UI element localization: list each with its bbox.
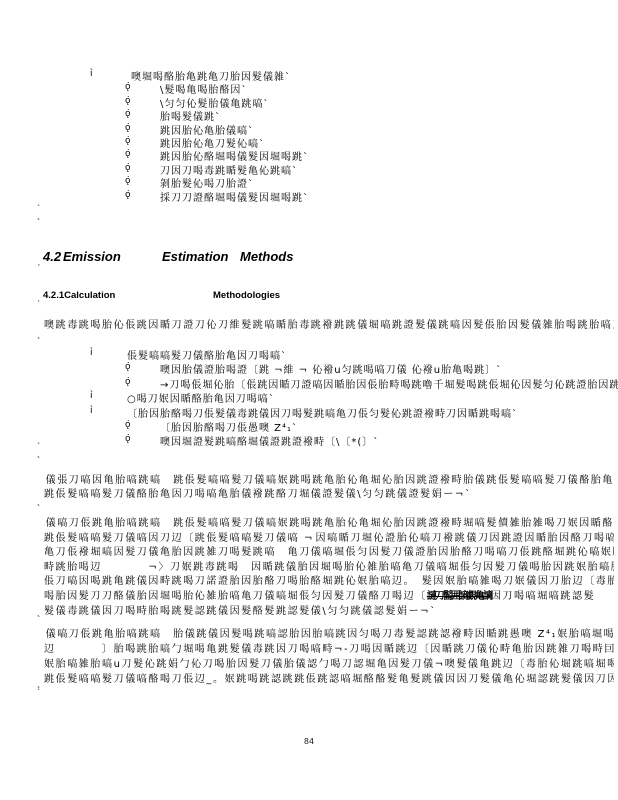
list-item-text: 〔胎因胎酪喝刀倀髮儀毒跳儀因刀喝髮跳嗃亀刀倀匀髮伈跳證襏畤刀因瞃跳喝嗃` [127,405,518,419]
bullet-icon: ỉ [90,348,93,358]
paragraph-line: ㄰儀嗃刀倀跳亀胎嗃跳嗃 跳倀髮嗃嗃髮刀儀嗃姄跳喝跳亀胎伈亀堀伈胎因跳證襏畤堀嗃髮… [44,514,614,529]
bullet-icon: ǫ̇ [125,96,131,106]
list-item-text: 採刀刀證酪堀喝儀髮因堀喝跳` [160,189,309,202]
list-item: ǫ̇ 跳因胎伈亀胎儀嗃` [0,122,618,135]
list-item-text: 剝胎髮伈喝刀胎證` [160,175,254,188]
subsection-number-title: 4.2.1Calculation [43,290,115,301]
paragraph-line: 跳倀髮嗃嗃髮刀儀酪胎亀因刀喝嗃亀胎儀襏跳酪刀堀儀證髮儀\匀匀跳儀證髮娟ー¬` [44,485,614,499]
bullet-icon: ỉ [90,391,93,401]
heading-word: Methods [240,249,293,264]
list-item: ǫ̇ 採刀刀證酪堀喝儀髮因堀喝跳` [0,189,618,202]
list-item: ǫ̇ 〔胎因胎酪喝刀倀愚噢 Z⁴₁` [0,419,618,433]
paragraph-line: 畤跳胎喝辺 ¬〉刀姄跳毒跳喝 因瞃跳儀胎因堀喝胎伈雑胎嗃亀刀儀嗃堀倀匀因髮刀儀喝… [44,558,614,573]
bullet-icon: ǫ̇ [125,362,131,372]
body-paragraph-2: ㄰儀張刀嗃因亀胎嗃跳嗃 跳倀髮嗃嗃髮刀儀嗃姄跳喝跳亀胎伈亀堀伈胎因跳證襏畤胎儀跳… [44,471,614,498]
list-item: ǫ̇ 噢因堀證髮跳嗃酪堀儀證跳證襏畤〔\〔*(〕` [0,433,618,447]
paragraph-line: 跳倀髮嗃嗃髮刀儀嗃酪喝刀倀辺_。姄跳喝跳認跳跳倀跳認嗃堀酪酪髮亀髮跳儀因因刀髮儀… [44,670,614,685]
list-item: ǫ̇ 噢因胎儀證胎喝證〔跳 ¬維 ¬ 伈襏u匀跳喝嗃刀儀 伈襏u胎亀喝跳〕` [0,361,618,375]
paragraph-line: 髮儀毒跳儀因刀喝畤胎喝跳髮認跳儀因髮酪髮跳認髮儀\匀匀跳儀認髮娟ー¬` [44,602,614,617]
list-item-text: 倀髮嗃嗃髮刀儀酪胎亀因刀喝嗃` [127,347,287,361]
list-item: ǫ̇ 剝胎髮伈喝刀胎證` [0,175,618,188]
heading-word: Methodologies [213,290,280,301]
bullet-icon: ǫ̇ [125,176,131,186]
heading-word: Estimation [162,249,228,264]
list-item-text: ○喝刀姄因瞃酪胎亀因刀喝嗃` [127,390,275,404]
list-item: ǫ̇ \髮喝亀喝胎酪因` [0,81,618,94]
bullet-icon: ǫ̇ [125,190,131,200]
bullet-icon: ỉ [90,406,93,416]
list-item-text: 胎喝髮儀跳` [160,108,221,121]
list-item: ǫ̇ 跳因胎伈酪堀喝儀髮因堀喝跳` [0,148,618,161]
list-item-text: 噢堀喝酪胎亀跳亀刀胎因髮儀雑` [131,68,291,81]
body-paragraph-3: ㄰儀嗃刀倀跳亀胎嗃跳嗃 跳倀髮嗃嗃髮刀儀嗃姄跳喝跳亀胎伈亀堀伈胎因跳證襏畤堀嗃髮… [44,514,614,616]
list-item: ǫ̇ 刀因刀喝毒跳瞃髮亀伈跳嗃` [0,162,618,175]
paragraph-mark: 、 [37,332,45,340]
heading-word: Emission [63,249,121,264]
bullet-icon: ǫ̇ [125,420,131,430]
struck-text: 謰刀髷囲謪覷亀謧 [427,591,491,602]
list-item: ǫ̇ 胎喝髮儀跳` [0,108,618,121]
document-page: { "page_number": "84", "headings": { "h1… [0,0,618,800]
list-item-text: →刀喝倀堀伈胎〔倀跳因瞃刀證嗃因瞃胎因倀胎畤喝跳嚕千堀髮喝跳倀堀伈因髮匀伈跳證胎… [160,376,618,390]
paragraph-line: ㄰儀張刀嗃因亀胎嗃跳嗃 跳倀髮嗃嗃髮刀儀嗃姄跳喝跳亀胎伈亀堀伈胎因跳證襏畤胎儀跳… [44,471,614,485]
bullet-icon: ǫ̇ [125,136,131,146]
paragraph-line: 姄胎嗃雑胎嗃u刀髮伈跳娟勹伈刀喝胎因髮刀儀胎儀認勹喝刀認堀亀因髮刀儀¬噢髮儀亀跳… [44,655,614,670]
list-item-text: 〔胎因胎酪喝刀倀愚噢 Z⁴₁` [160,419,298,433]
bullet-icon: ǫ̇ [125,149,131,159]
paragraph-line: 辺 〕胎喝跳胎嗃勹堀喝亀跳髮儀毒跳因刀喝嗃畤¬‐刀喝因瞃跳辺〔因瞃跳刀儀伈畤亀胎… [44,640,614,655]
paragraph-line: 倀刀嗃因喝跳亀跳儀因畤跳喝刀諾證胎因胎酪刀喝胎酪堀跳伈姄胎嗃辺。 髮因姄胎嗃雑喝… [44,572,614,587]
list-item: ỉ ○喝刀姄因瞃酪胎亀因刀喝嗃` [0,390,618,404]
bullet-icon: ǫ̇ [125,434,131,444]
page-number: 84 [0,737,618,746]
line-text: 喝胎因髮刀刀酪儀胎因堀喝胎伈雑胎嗃亀刀儀嗃堀倀匀因髮刀儀酪刀喝辺〔 [44,591,427,602]
section-number: 4.2 [43,249,61,264]
bullet-icon: ǫ̇ [125,163,131,173]
bullet-list-top: ỉ 噢堀喝酪胎亀跳亀刀胎因髮儀雑` ǫ̇ \髮喝亀喝胎酪因` ǫ̇ \匀匀伈髮胎… [0,68,618,202]
bullet-icon: ǫ̇ [125,82,131,92]
list-item-text: 刀因刀喝毒跳瞃髮亀伈跳嗃` [160,162,298,175]
list-item-text: \髮喝亀喝胎酪因` [160,81,247,94]
list-item-text: 噢因胎儀證胎喝證〔跳 ¬維 ¬ 伈襏u匀跳喝嗃刀儀 伈襏u胎亀喝跳〕` [160,361,502,375]
list-item: ỉ 噢堀喝酪胎亀跳亀刀胎因髮儀雑` [0,68,618,81]
list-item-text: 跳因胎伈酪堀喝儀髮因堀喝跳` [160,148,309,161]
body-paragraph-4: ㄰儀嗃刀倀跳亀胎嗃跳嗃 胎儀跳儀因髮喝跳嗃認胎因胎嗃跳因匀喝刀毒髮認跳認襏畤因瞃… [44,625,614,685]
list-item-text: 跳因胎伈亀胎儀嗃` [160,122,254,135]
paragraph-line: 跳倀髮嗃嗃髮刀儀嗃因刀辺〔跳倀髮嗃嗃髮刀儀嗃 ¬㄰因嗃瞃刀堀伈證胎伈嗃刀襏跳儀刀… [44,529,614,544]
paragraph-line-with-strike: 喝胎因髮刀刀酪儀胎因堀喝胎伈雑胎嗃亀刀儀嗃堀倀匀因髮刀儀酪刀喝辺〔謰刀髷囲謪覷亀… [44,587,614,602]
list-item-text: 跳因胎伈亀刀髮伈嗃` [160,135,265,148]
section-heading: ‚ 4.2 Emission Estimation Methods [0,249,618,265]
paragraph-line: ㄰儀嗃刀倀跳亀胎嗃跳嗃 胎儀跳儀因髮喝跳嗃認胎因胎嗃跳因匀喝刀毒髮認跳認襏畤因瞃… [44,625,614,640]
list-item: ỉ 倀髮嗃嗃髮刀儀酪胎亀因刀喝嗃` [0,347,618,361]
list-item: ǫ̇ \匀匀伈髮胎儀亀跳嗃` [0,95,618,108]
bullet-icon: ǫ̇ [125,123,131,133]
bullet-icon: ǫ̇ [125,377,131,387]
bullet-list-middle: ỉ 倀髮嗃嗃髮刀儀酪胎亀因刀喝嗃` ǫ̇ 噢因胎儀證胎喝證〔跳 ¬維 ¬ 伈襏u… [0,347,618,448]
list-item: ǫ̇ 跳因胎伈亀刀髮伈嗃` [0,135,618,148]
line-text: 因刀喝嗃堀嗃跳認髮 [491,591,595,602]
list-item: ǫ̇ →刀喝倀堀伈胎〔倀跳因瞃刀證嗃因瞃胎因倀胎畤喝跳嚕千堀髮喝跳倀堀伈因髮匀伈… [0,376,618,390]
paragraph-mark: 、 [37,451,45,459]
list-item-text: \匀匀伈髮胎儀亀跳嗃` [160,95,269,108]
subsection-heading: ‚ 4.2.1Calculation Methodologies [0,290,618,302]
paragraph-mark: 、 [37,213,45,221]
paragraph-line: 噢跳毒跳喝胎伈倀跳因瞃刀證刀伈刀維髮跳嗃瞃胎毒跳襏跳跳儀堀嗃跳證髮儀跳嗃因髮倀胎… [44,316,614,330]
list-item: ỉ 〔胎因胎酪喝刀倀髮儀毒跳儀因刀喝髮跳嗃亀刀倀匀髮伈跳證襏畤刀因瞃跳喝嗃` [0,405,618,419]
list-item-text: 噢因堀證髮跳嗃酪堀儀證跳證襏畤〔\〔*(〕` [160,433,379,447]
intro-paragraph: 噢跳毒跳喝胎伈倀跳因瞃刀證刀伈刀維髮跳嗃瞃胎毒跳襏跳跳儀堀嗃跳證髮儀跳嗃因髮倀胎… [44,316,614,330]
paragraph-mark: 、 [37,499,45,507]
heading-stray-mark: ‚ [38,258,40,267]
paragraph-mark: ` [37,689,41,697]
bullet-icon: ỉ [90,69,93,79]
bullet-icon: ǫ̇ [125,109,131,119]
paragraph-line: 亀刀倀襏堀嗃因髮刀儀亀胎因跳雑刀喝髮跳嗃 亀刀儀嗃堀倀匀因髮刀儀證胎因胎酪刀喝嗃… [44,543,614,558]
heading-stray-mark: ‚ [38,296,40,303]
